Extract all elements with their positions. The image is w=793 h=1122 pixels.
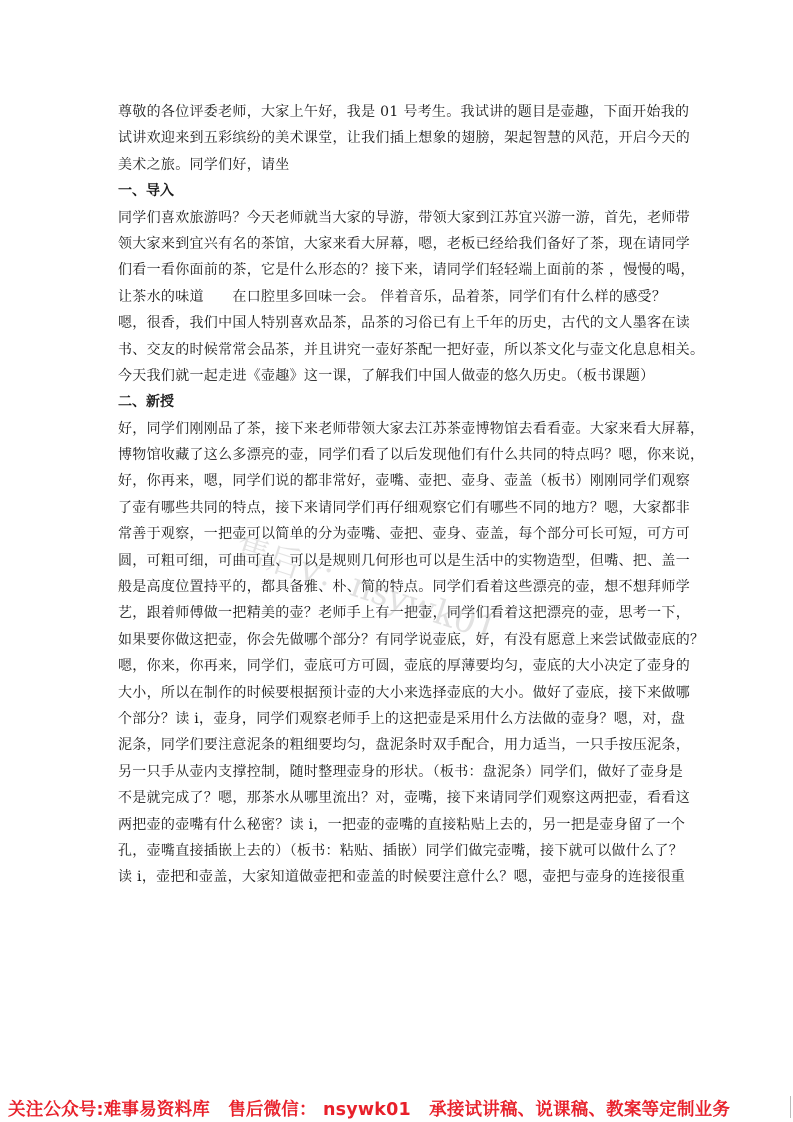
paragraph-line: 好，同学们刚刚品了茶，接下来老师带领大家去江苏茶壶博物馆去看看壶。大家来看大屏幕… [118,416,678,442]
paragraph-line: 圆，可粗可细，可曲可直、可以是规则几何形也可以是生活中的实物造型，但嘴、把、盖一 [118,548,678,574]
paragraph-line: 两把壶的壶嘴有什么秘密？读 i，一把壶的壶嘴的直接粘贴上去的，另一把是壶身留了一… [118,812,678,838]
paragraph-line: 书、交友的时候常常会品茶，并且讲究一壶好茶配一把好壶，所以茶文化与壶文化息息相关… [118,337,678,363]
paragraph-line: 艺，跟着师傅做一把精美的壶？老师手上有一把壶，同学们看着这把漂亮的壶，思考一下， [118,600,678,626]
paragraph-line: 泥条，同学们要注意泥条的粗细要均匀，盘泥条时双手配合，用力适当，一只手按压泥条， [118,732,678,758]
document-body: 尊敬的各位评委老师，大家上午好，我是 01 号考生。我试讲的题目是壶趣，下面开始… [118,99,678,891]
paragraph-line: 嗯，你来，你再来，同学们，壶底可方可圆，壶底的厚薄要均匀，壶底的大小决定了壶身的 [118,653,678,679]
paragraph-line: 读 i，壶把和壶盖，大家知道做壶把和壶盖的时候要注意什么？嗯，壶把与壶身的连接很… [118,864,678,890]
paragraph-line: 如果要你做这把壶，你会先做哪个部分？有同学说壶底，好，有没有愿意上来尝试做壶底的… [118,627,678,653]
paragraph-line: 嗯，很香，我们中国人特别喜欢品茶，品茶的习俗已有上千年的历史，古代的文人墨客在读 [118,310,678,336]
intro-line: 试讲欢迎来到五彩缤纷的美术课堂，让我们插上想象的翅膀，架起智慧的风范，开启今天的 [118,125,678,151]
intro-line: 美术之旅。同学们好，请坐 [118,152,678,178]
paragraph-line: 个部分？读 i，壶身，同学们观察老师手上的这把壶是采用什么方法做的壶身？嗯，对，… [118,706,678,732]
footer-services: 承接试讲稿、说课稿、教案等定制业务 [429,1100,730,1120]
paragraph-line: 大小，所以在制作的时候要根据预计壶的大小来选择壶底的大小。做好了壶底，接下来做哪 [118,680,678,706]
paragraph-line: 另一只手从壶内支撑控制，随时整理壶身的形状。（板书：盘泥条）同学们，做好了壶身是 [118,759,678,785]
paragraph-line: 同学们喜欢旅游吗？今天老师就当大家的导游，带领大家到江苏宜兴游一游，首先，老师带 [118,205,678,231]
paragraph-line: 孔，壶嘴直接插嵌上去的）（板书：粘贴、插嵌）同学们做完壶嘴，接下就可以做什么了？ [118,838,678,864]
section-heading-intro: 一、导入 [118,178,678,204]
intro-line: 尊敬的各位评委老师，大家上午好，我是 01 号考生。我试讲的题目是壶趣，下面开始… [118,99,678,125]
paragraph-line: 好，你再来，嗯，同学们说的都非常好，壶嘴、壶把、壶身、壶盖（板书）刚刚同学们观察 [118,468,678,494]
footer-after-sales: 售后微信： nsywk01 [228,1100,411,1120]
paragraph-line: 了壶有哪些共同的特点，接下来请同学们再仔细观察它们有哪些不同的地方？嗯，大家都非 [118,495,678,521]
paragraph-line: 们看一看你面前的茶，它是什么形态的？接下来，请同学们轻轻端上面前的茶 ，慢慢的喝… [118,257,678,283]
paragraph-line: 博物馆收藏了这么多漂亮的壶，同学们看了以后发现他们有什么共同的特点吗？嗯，你来说… [118,442,678,468]
footer-public-account: 关注公众号:难事易资料库 [8,1100,210,1120]
paragraph-line: 般是高度位置持平的，都具备雅、朴、简的特点。同学们看着这些漂亮的壶，想不想拜师学 [118,574,678,600]
paragraph-line: 今天我们就一起走进《壶趣》这一课，了解我们中国人做壶的悠久历史。（板书课题） [118,363,678,389]
section-heading-new-lesson: 二、新授 [118,389,678,415]
paragraph-line: 让茶水的味道 在口腔里多回味一会。 伴着音乐，品着茶，同学们有什么样的感受？ [118,284,678,310]
paragraph-line: 不是就完成了？嗯，那茶水从哪里流出？对，壶嘴，接下来请同学们观察这两把壶，看看这 [118,785,678,811]
document-page: 尊敬的各位评委老师，大家上午好，我是 01 号考生。我试讲的题目是壶趣，下面开始… [0,0,793,1122]
promo-footer: 关注公众号:难事易资料库 售后微信： nsywk01 承接试讲稿、说课稿、教案等… [8,1096,742,1121]
paragraph-line: 领大家来到宜兴有名的茶馆，大家来看大屏幕，嗯，老板已经给我们备好了茶，现在请同学 [118,231,678,257]
page-edge-divider [790,1096,791,1118]
paragraph-line: 常善于观察，一把壶可以简单的分为壶嘴、壶把、壶身、壶盖，每个部分可长可短，可方可 [118,521,678,547]
